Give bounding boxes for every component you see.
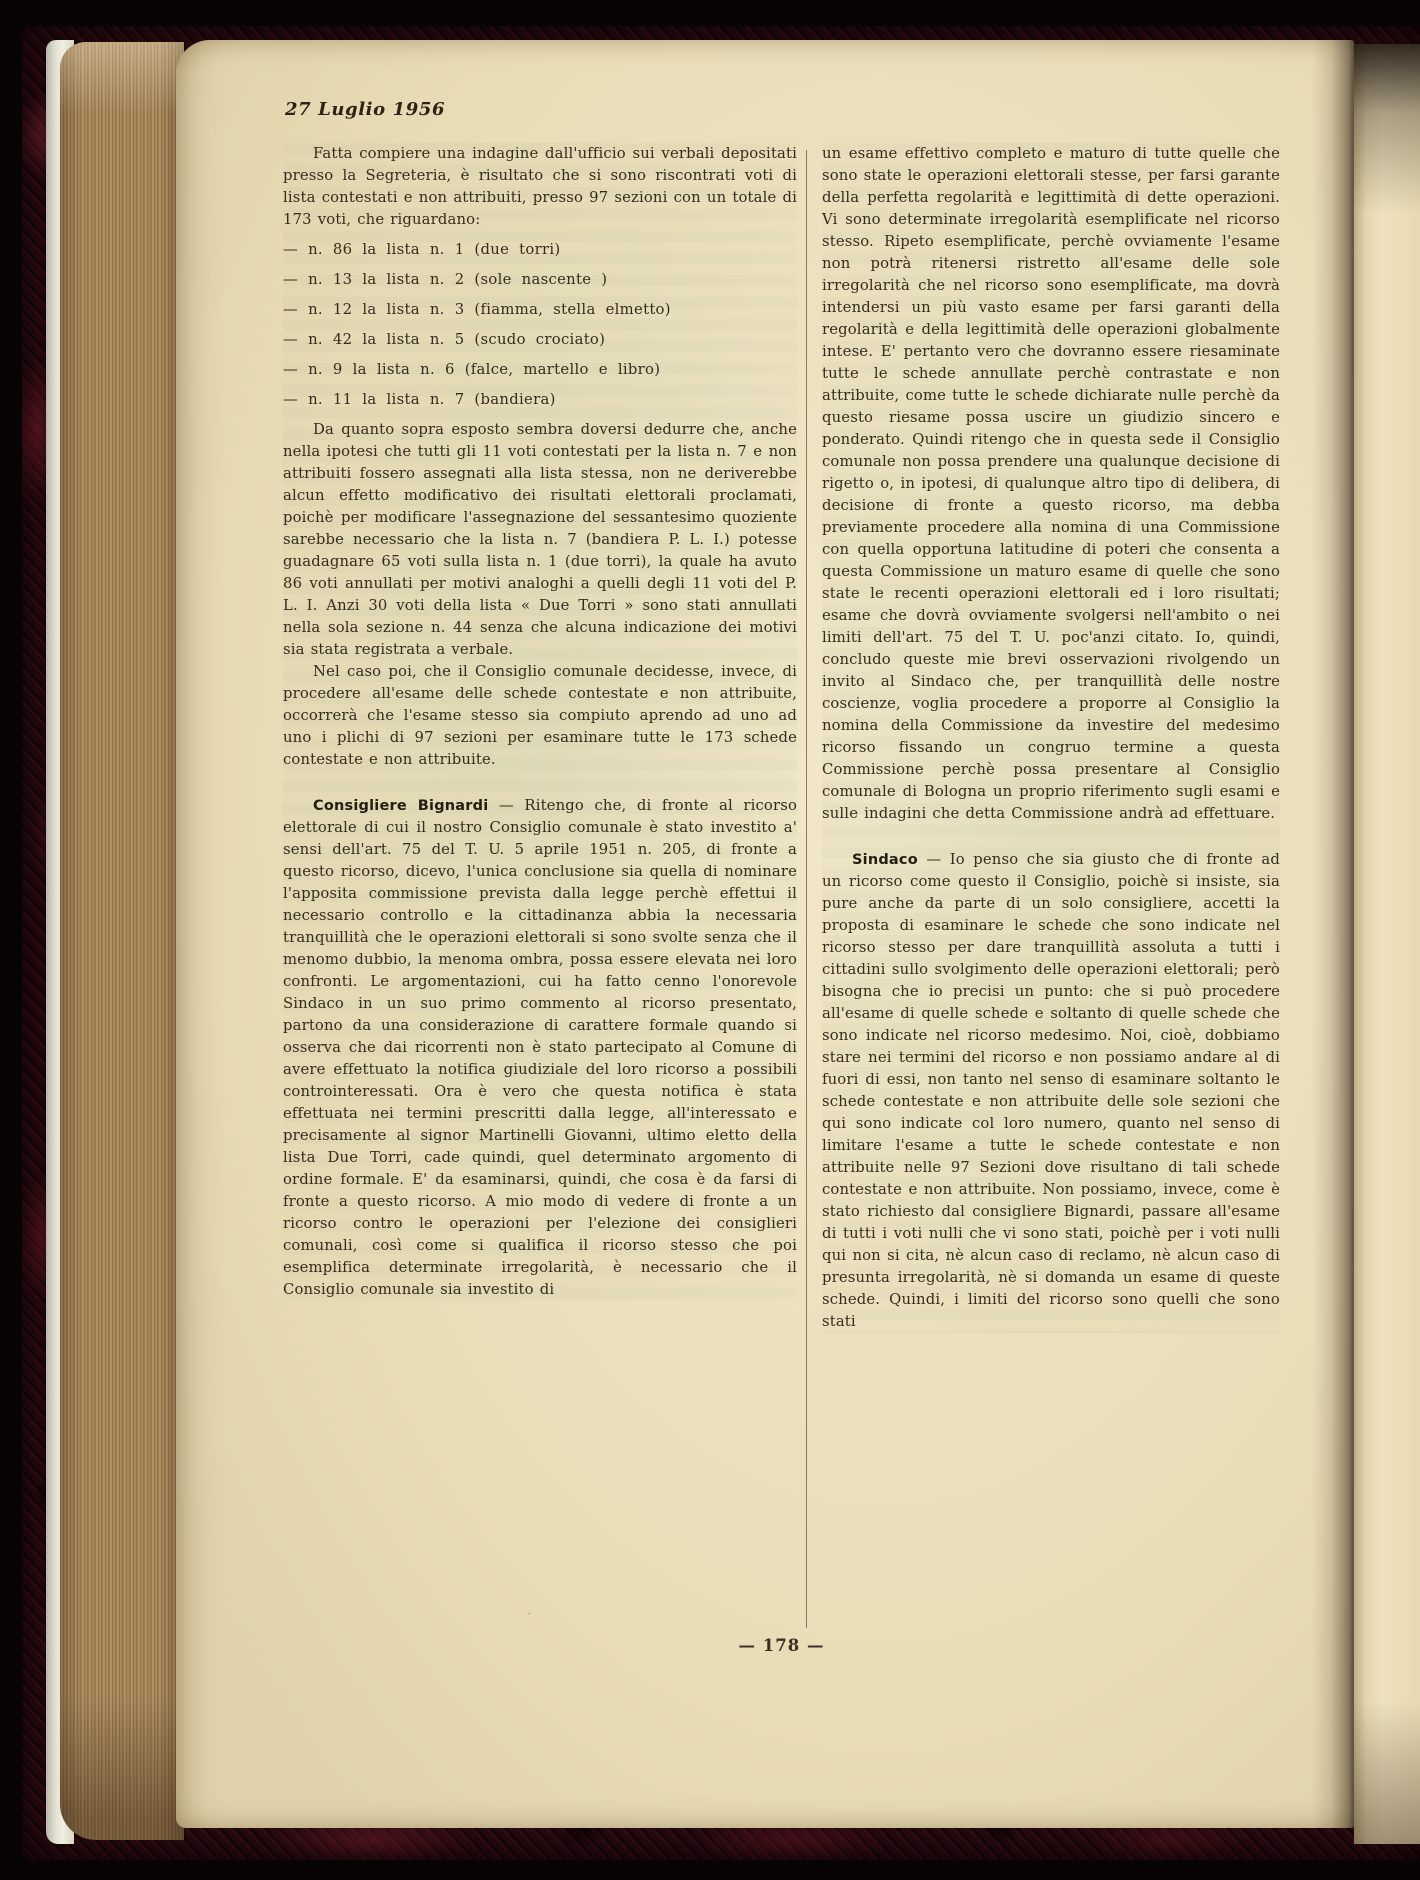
right-column: un esame effettivo completo e maturo di … [822,143,1280,1333]
list-item: — n. 13 la lista n. 2 (sole nascente ) [283,265,797,295]
list-item: — n. 12 la lista n. 3 (fiamma, stella el… [283,295,797,325]
speaker-name: Consigliere Bignardi [313,798,488,814]
page-header-date: 27 Luglio 1956 [285,99,445,120]
speech-paragraph: Sindaco — Io penso che sia giusto che di… [822,849,1280,1333]
list-item: — n. 9 la lista n. 6 (falce, martello e … [283,355,797,385]
speech-paragraph: Consigliere Bignardi — Ritengo che, di f… [283,795,797,1301]
book-scan: { "book_page": { "header_date": "27 Lugl… [0,0,1420,1880]
paragraph: un esame effettivo completo e maturo di … [822,143,1280,825]
paragraph: Nel caso poi, che il Consiglio comunale … [283,661,797,771]
list-item: — n. 11 la lista n. 7 (bandiera) [283,385,797,415]
facing-page-edge [1354,44,1420,1844]
left-column: Fatta compiere una indagine dall'ufficio… [283,143,797,1301]
page-stack-fore-edge [60,42,184,1840]
paragraph: Da quanto sopra esposto sembra doversi d… [283,419,797,661]
speech-text: — Ritengo che, di fronte al ricorso elet… [283,797,797,1298]
speaker-name: Sindaco [852,852,918,868]
list-item: — n. 86 la lista n. 1 (due torri) [283,235,797,265]
page-number: — 178 — [283,1636,1280,1655]
speech-text: — Io penso che sia giusto che di fronte … [822,851,1280,1330]
vote-list: — n. 86 la lista n. 1 (due torri) — n. 1… [283,235,797,415]
column-divider-rule [806,150,807,1628]
paragraph: Fatta compiere una indagine dall'ufficio… [283,143,797,231]
list-item: — n. 42 la lista n. 5 (scudo crociato) [283,325,797,355]
